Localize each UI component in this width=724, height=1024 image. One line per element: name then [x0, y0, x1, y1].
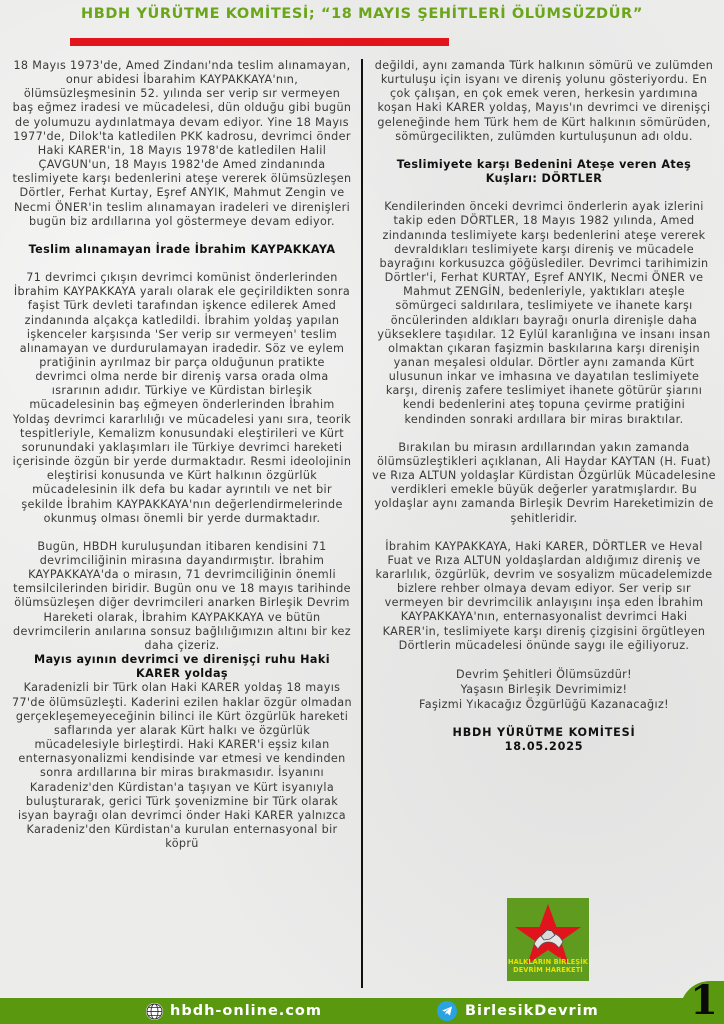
website-url: hbdh-online.com [170, 1003, 322, 1019]
globe-icon [146, 1003, 163, 1020]
signature-date: 18.05.2025 [372, 740, 716, 754]
column-divider [361, 59, 363, 988]
signature: HBDH YÜRÜTME KOMİTESİ [372, 726, 716, 740]
telegram-icon [437, 1001, 457, 1021]
hbdh-heritage-paragraph: Bugün, HBDH kuruluşundan itibaren kendis… [12, 540, 352, 653]
left-column: 18 Mayıs 1973'de, Amed Zindanı'nda tesli… [12, 59, 352, 851]
page-number: 1 [690, 978, 718, 1024]
hbdh-logo: HALKLARIN BİRLEŞİK DEVRİM HAREKETİ [507, 898, 589, 981]
section-heading-haki-karer: Mayıs ayının devrimci ve direnişçi ruhu … [12, 653, 352, 681]
website-link[interactable]: hbdh-online.com [146, 1001, 322, 1021]
logo-text-line2: DEVRİM HAREKETİ [507, 966, 589, 974]
slogan: Faşizmi Yıkacağız Özgürlüğü Kazanacağız! [372, 697, 716, 712]
dortler-paragraph: Kendilerinden önceki devrimci önderlerin… [372, 200, 716, 427]
telegram-link[interactable]: BirlesikDevrim [437, 1001, 599, 1021]
page-title: HBDH YÜRÜTME KOMİTESİ; “18 MAYIS ŞEHİTLE… [0, 6, 724, 22]
logo-text-line1: HALKLARIN BİRLEŞİK [507, 958, 589, 966]
telegram-handle: BirlesikDevrim [465, 1003, 599, 1019]
kaypakkaya-paragraph: 71 devrimci çıkışın devrimci komünist ön… [12, 271, 352, 526]
slogan: Yaşasın Birleşik Devrimimiz! [372, 682, 716, 697]
slogan: Devrim Şehitleri Ölümsüzdür! [372, 667, 716, 682]
section-heading-dortler: Teslimiyete karşı Bedenini Ateşe veren A… [372, 158, 716, 186]
right-column: değildi, aynı zamanda Türk halkının sömü… [372, 59, 716, 754]
footer-bar: hbdh-online.com BirlesikDevrim [0, 998, 724, 1024]
title-underline-bar [70, 38, 449, 46]
intro-paragraph: 18 Mayıs 1973'de, Amed Zindanı'nda tesli… [12, 59, 352, 229]
slogans: Devrim Şehitleri Ölümsüzdür! Yaşasın Bir… [372, 667, 716, 712]
closing-paragraph: İbrahim KAYPAKKAYA, Haki KARER, DÖRTLER … [372, 540, 716, 653]
section-heading-kaypakkaya: Teslim alınamayan İrade İbrahim KAYPAKKA… [12, 243, 352, 257]
haki-karer-continuation: değildi, aynı zamanda Türk halkının sömü… [372, 59, 716, 144]
kaytan-altun-paragraph: Bırakılan bu mirasın ardıllarından yakın… [372, 441, 716, 526]
haki-karer-paragraph: Karadenizli bir Türk olan Haki KARER yol… [12, 681, 352, 851]
